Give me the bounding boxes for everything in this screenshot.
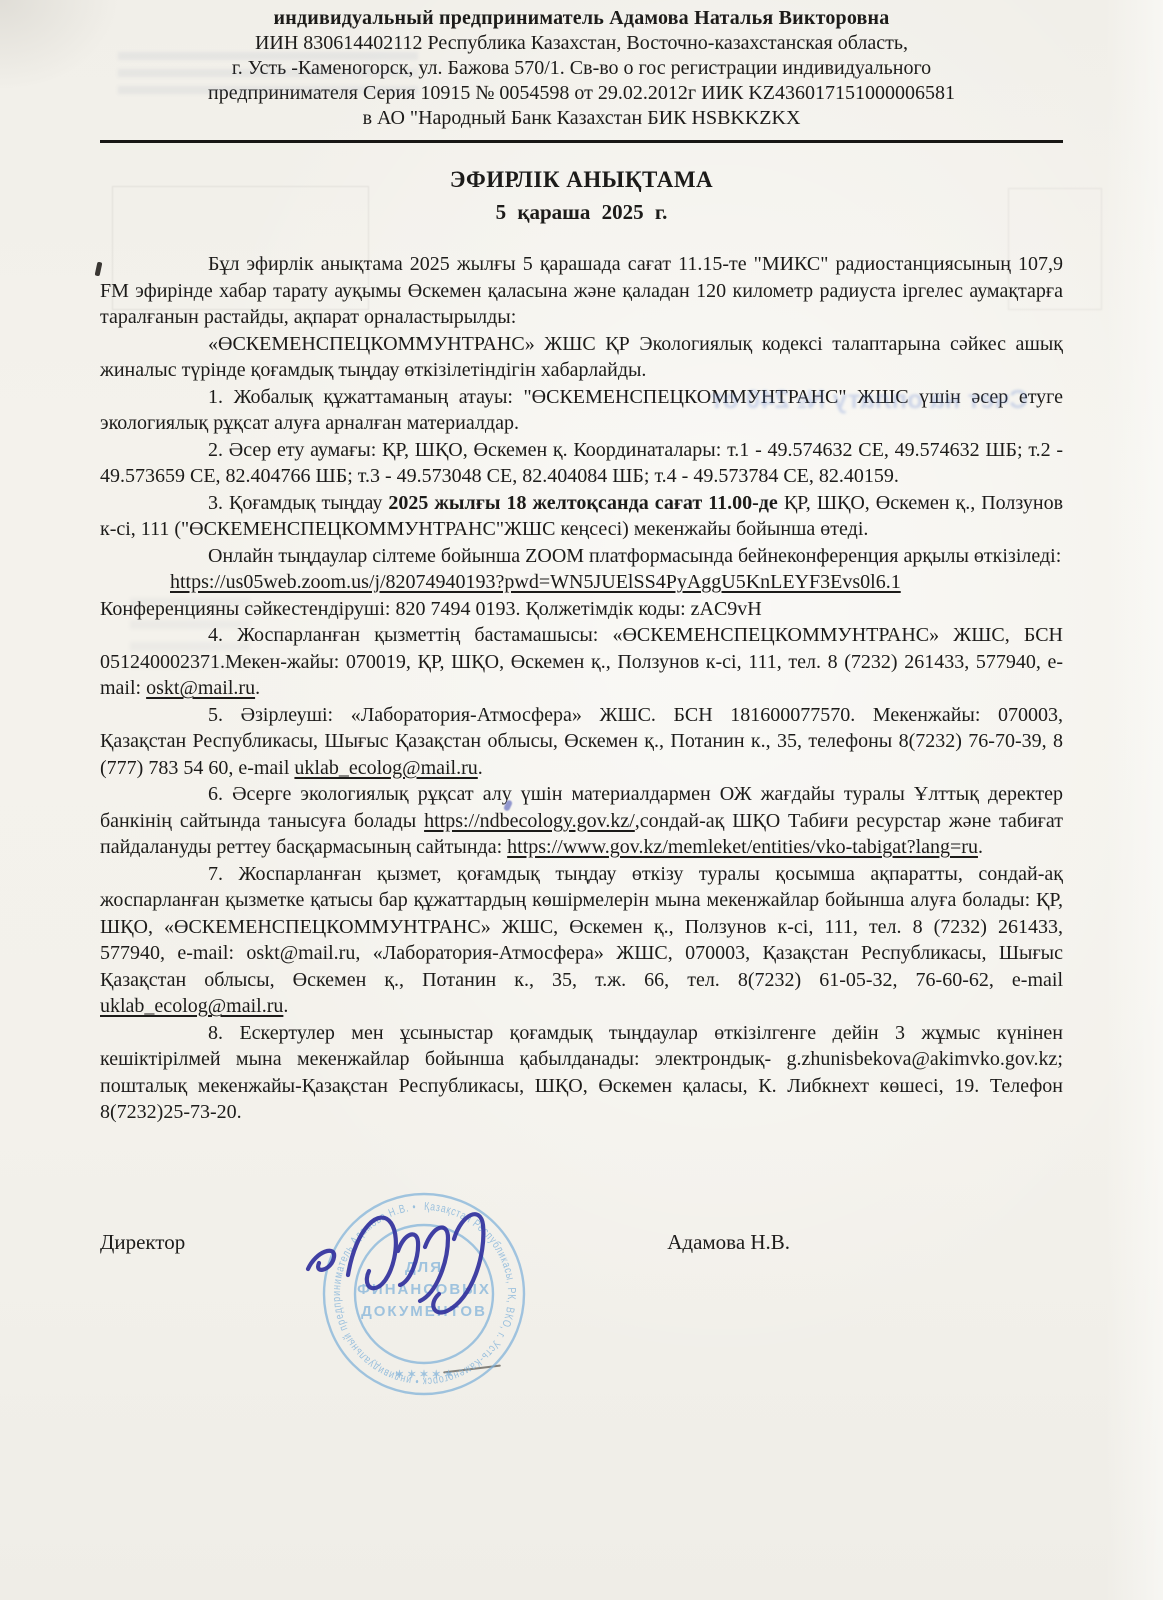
bleedthrough-table-ghost	[112, 186, 369, 310]
underlined-text: https://ndbecology.gov.kz/	[424, 810, 635, 832]
underlined-text: https://www.gov.kz/memleket/entities/vko…	[507, 836, 978, 858]
bleedthrough-smudge	[130, 598, 250, 668]
text-run: 8. Ескертулер мен ұсыныстар қоғамдық тың…	[100, 1022, 1063, 1124]
item-8-remarks: 8. Ескертулер мен ұсыныстар қоғамдық тың…	[100, 1020, 1063, 1126]
signatory-name: Адамова Н.В.	[667, 1230, 790, 1255]
bleedthrough-table-ghost	[1008, 188, 1102, 310]
text-run: 5. Әзірлеуші: «Лаборатория-Атмосфера» ЖШ…	[100, 704, 1063, 779]
text-run: «ӨСКЕМЕНСПЕЦКОММУНТРАНС» ЖШС ҚР Экология…	[100, 333, 1063, 382]
scan-edge-strip	[1105, 0, 1163, 1600]
paragraph-announcement: «ӨСКЕМЕНСПЕЦКОММУНТРАНС» ЖШС ҚР Экология…	[100, 331, 1063, 384]
handwritten-signature	[292, 1193, 582, 1333]
text-run: 3. Қоғамдық тыңдау	[208, 492, 388, 514]
document-body: Бұл эфирлік анықтама 2025 жылғы 5 қараша…	[100, 251, 1063, 1126]
text-run: Онлайн тыңдаулар сілтеме бойынша ZOOM пл…	[208, 545, 1061, 567]
bleedthrough-smudge	[118, 52, 418, 100]
underlined-text: oskt@mail.ru	[146, 677, 255, 699]
bleedthrough-mirrored-text: Счет на оплату № 240 от	[598, 384, 1028, 415]
item-2-impact-area: 2. Әсер ету аумағы: ҚР, ШҚО, Өскемен қ. …	[100, 437, 1063, 490]
stamp-stars: ✶ ✶ ✶ ✶ ✶	[395, 1369, 453, 1381]
text-run: .	[283, 995, 288, 1017]
underlined-text: https://us05web.zoom.us/j/82074940193?pw…	[170, 571, 901, 593]
paragraph-online-hearing: Онлайн тыңдаулар сілтеме бойынша ZOOM пл…	[100, 543, 1063, 570]
text-run: .	[255, 677, 260, 699]
item-7-additional-info: 7. Жоспарланған қызмет, қоғамдық тыңдау …	[100, 861, 1063, 1020]
underlined-text: uklab_ecolog@mail.ru	[100, 995, 283, 1017]
header-divider	[100, 140, 1063, 143]
director-label: Директор	[100, 1230, 185, 1255]
underlined-text: uklab_ecolog@mail.ru	[294, 757, 477, 779]
text-run: 7. Жоспарланған қызмет, қоғамдық тыңдау …	[100, 863, 1063, 991]
text-run: 2. Әсер ету аумағы: ҚР, ШҚО, Өскемен қ. …	[100, 439, 1063, 488]
text-run: .	[478, 757, 483, 779]
letterhead-entrepreneur-name: индивидуальный предприниматель Адамова Н…	[100, 6, 1063, 31]
scan-corner-shadow	[0, 0, 120, 90]
text-run: 2025 жылғы 18 желтоқсанда сағат 11.00-де	[388, 492, 777, 514]
text-run: .	[978, 836, 983, 858]
document-page: Счет на оплату № 240 от индивидуальный п…	[0, 0, 1163, 1600]
zoom-link-line: https://us05web.zoom.us/j/82074940193?pw…	[100, 569, 1063, 596]
letterhead-bank-line: в АО "Народный Банк Казахстан БИК HSBKKZ…	[100, 106, 1063, 131]
item-6-materials: 6. Әсерге экологиялық рұқсат алу үшін ма…	[100, 781, 1063, 861]
item-5-developer: 5. Әзірлеуші: «Лаборатория-Атмосфера» ЖШ…	[100, 702, 1063, 782]
item-3-hearing-date: 3. Қоғамдық тыңдау 2025 жылғы 18 желтоқс…	[100, 490, 1063, 543]
